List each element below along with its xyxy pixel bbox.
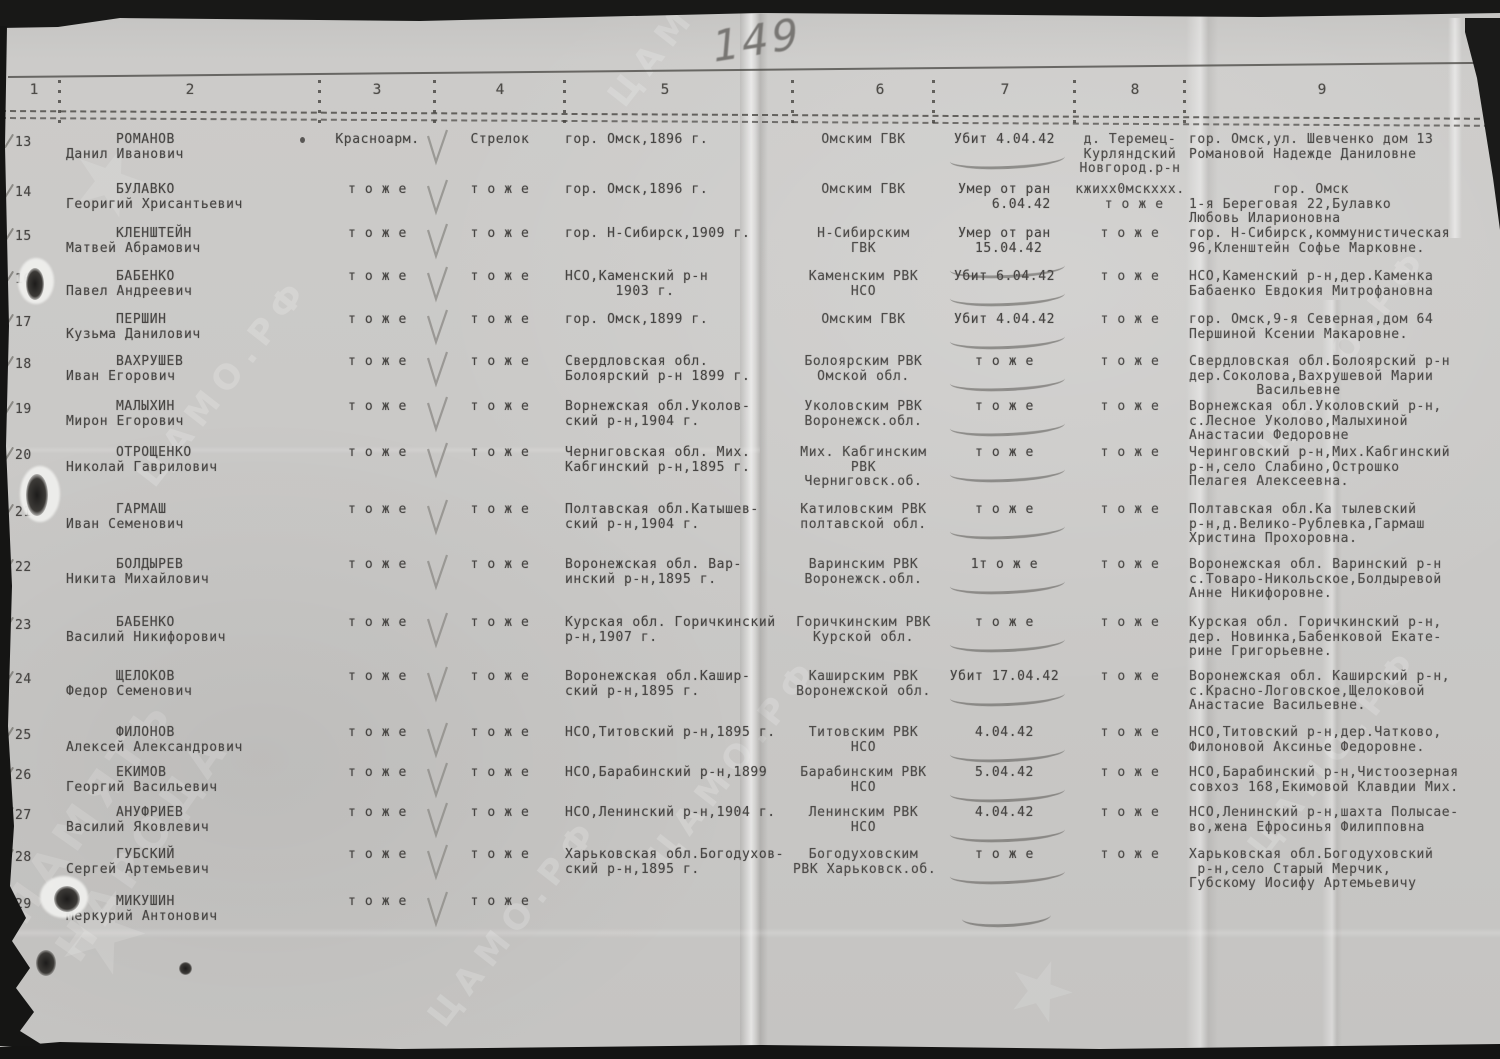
given-name: Алексей Александрович xyxy=(60,741,320,756)
row-number: 24 xyxy=(15,672,32,687)
pencil-underline xyxy=(950,421,1065,438)
cell-rank: т о ж е xyxy=(320,726,435,755)
cell-recruiting-office: Каширским РВК Воронежской обл. xyxy=(793,670,934,714)
pencil-slash xyxy=(4,671,14,686)
cell-recruiting-office: Омским ГВК xyxy=(793,133,934,177)
cell-name: КЛЕНШТЕЙНМатвей Абрамович xyxy=(60,227,320,256)
pencil-slash xyxy=(4,271,14,286)
table-row: 20 ОТРОЩЕНКОНиколай Гаврилович т о ж е т… xyxy=(0,446,1500,490)
cell-birthplace: Харьковская обл.Богодухов- ский р-н,1895… xyxy=(565,848,793,892)
cell-position: т о ж е xyxy=(435,895,565,924)
cell-burial-place: т о ж е xyxy=(1075,806,1185,835)
checkmark-icon xyxy=(424,308,450,346)
fate-text: Убит 17.04.42 xyxy=(950,669,1060,684)
cell-recruiting-office: Катиловским РВК полтавской обл. xyxy=(793,503,934,547)
cell-relatives-address: гор. Омск,ул. Шевченко дом 13 Романовой … xyxy=(1185,133,1500,177)
fate-text: 5.04.42 xyxy=(975,765,1034,780)
cell-relatives-address: гор. Н-Сибирск,коммунистическая 96,Кленш… xyxy=(1185,227,1500,256)
cell-birthplace: Черниговская обл. Мих. Кабгинский р-н,18… xyxy=(565,446,793,490)
cell-relatives-address: Харьковская обл.Богодуховский р-н,село С… xyxy=(1185,848,1500,892)
cell-relatives-address xyxy=(1185,895,1500,924)
surname: ПЕРШИН xyxy=(60,313,320,328)
cell-recruiting-office: Богодуховским РВК Харьковск.об. xyxy=(793,848,934,892)
cell-burial-place: т о ж е xyxy=(1075,355,1185,399)
cell-recruiting-office: Горичкинским РВК Курской обл. xyxy=(793,616,934,660)
given-name: Меркурий Антонович xyxy=(60,910,320,925)
cell-position: т о ж е xyxy=(435,446,565,490)
rank-text: т о ж е xyxy=(348,226,407,241)
cell-position: т о ж е xyxy=(435,503,565,547)
given-name: Федор Семенович xyxy=(60,685,320,700)
table-row: 27 АНУФРИЕВВасилий Яковлевич т о ж е т о… xyxy=(0,806,1500,835)
cell-fate-date xyxy=(934,895,1075,924)
cell-burial-place: т о ж е xyxy=(1075,270,1185,299)
cell-rank: т о ж е xyxy=(320,503,435,547)
pencil-slash xyxy=(4,504,14,519)
table-row: 28 ГУБСКИЙСергей Артемьевич т о ж е т о … xyxy=(0,848,1500,892)
cell-fate-date: Убит 6.04.42 xyxy=(934,270,1075,299)
pencil-slash xyxy=(4,134,14,149)
cell-burial-place: т о ж е xyxy=(1075,766,1185,795)
cell-burial-place: т о ж е xyxy=(1075,313,1185,342)
pencil-slash xyxy=(4,447,14,462)
fate-text: Убит 4.04.42 xyxy=(954,132,1055,147)
cell-fate-date: Убит 17.04.42 xyxy=(934,670,1075,714)
checkmark-icon xyxy=(424,801,450,839)
document-page: ЦАМО.РФ ЦАМО.РФ ЦАМО.РФ ЦАМО.РФ ЦАМО.РФ … xyxy=(0,0,1500,1059)
surname: ФИЛОНОВ xyxy=(60,726,320,741)
rank-text: т о ж е xyxy=(348,557,407,572)
cell-birthplace: НСО,Каменский р-н 1903 г. xyxy=(565,270,793,299)
cell-name: БАБЕНКОПавел Андреевич xyxy=(60,270,320,299)
cell-name: ПЕРШИНКузьма Данилович xyxy=(60,313,320,342)
cell-rank: т о ж е xyxy=(320,400,435,444)
rank-text: т о ж е xyxy=(348,615,407,630)
cell-name: БАБЕНКОВасилий Никифорович xyxy=(60,616,320,660)
table-row: 26 ЕКИМОВГеоргий Васильевич т о ж е т о … xyxy=(0,766,1500,795)
cell-burial-place: д. Теремец- Курляндский Новгород.р-н xyxy=(1075,133,1185,177)
cell-rank: т о ж е xyxy=(320,558,435,602)
row-number: 25 xyxy=(15,728,32,743)
row-number: 23 xyxy=(15,618,32,633)
cell-name: РОМАНОВДанил Иванович xyxy=(60,133,320,177)
cell-relatives-address: Воронежская обл. Варинский р-н с.Товаро-… xyxy=(1185,558,1500,602)
pencil-underline xyxy=(950,467,1065,484)
pencil-slash xyxy=(4,849,14,864)
scanned-document: ЦАМО.РФ ЦАМО.РФ ЦАМО.РФ ЦАМО.РФ ЦАМО.РФ … xyxy=(0,0,1500,1059)
given-name: Данил Иванович xyxy=(60,148,320,163)
cell-row-number: 24 xyxy=(0,670,60,714)
row-number: 14 xyxy=(15,185,32,200)
cell-relatives-address: Ворнежская обл.Уколовский р-н, с.Лесное … xyxy=(1185,400,1500,444)
row-number: 27 xyxy=(15,808,32,823)
given-name: Кузьма Данилович xyxy=(60,328,320,343)
surname: ГУБСКИЙ xyxy=(60,848,320,863)
fate-text: 1т о ж е xyxy=(971,557,1038,572)
cell-position: т о ж е xyxy=(435,558,565,602)
rank-text: т о ж е xyxy=(348,312,407,327)
checkmark-icon xyxy=(424,222,450,260)
cell-position: Стрелок xyxy=(435,133,565,177)
table-row: 24 ЩЕЛОКОВФедор Семенович т о ж е т о ж … xyxy=(0,670,1500,714)
rank-text: т о ж е xyxy=(348,354,407,369)
given-name: Иван Егорович xyxy=(60,370,320,385)
fate-text: т о ж е xyxy=(975,354,1034,369)
cell-name: МАЛЫХИНМирон Егорович xyxy=(60,400,320,444)
fate-text: Умер от ран 15.04.42 xyxy=(958,226,1051,256)
cell-burial-place: т о ж е xyxy=(1075,227,1185,256)
row-number: 28 xyxy=(15,850,32,865)
cell-rank: т о ж е xyxy=(320,446,435,490)
fate-text: т о ж е xyxy=(975,847,1034,862)
cell-relatives-address: Свердловская обл.Болоярский р-н дер.Соко… xyxy=(1185,355,1500,399)
cell-fate-date: т о ж е xyxy=(934,446,1075,490)
given-name: Сергей Артемьевич xyxy=(60,863,320,878)
cell-position: т о ж е xyxy=(435,616,565,660)
cell-row-number: 22 xyxy=(0,558,60,602)
ink-spot xyxy=(300,137,305,143)
cell-rank: т о ж е xyxy=(320,670,435,714)
pencil-slash xyxy=(4,314,14,329)
cell-fate-date: 1т о ж е xyxy=(934,558,1075,602)
pencil-slash xyxy=(4,228,14,243)
cell-fate-date: 4.04.42 xyxy=(934,726,1075,755)
surname: МАЛЫХИН xyxy=(60,400,320,415)
cell-row-number: 26 xyxy=(0,766,60,795)
cell-fate-date: 5.04.42 xyxy=(934,766,1075,795)
cell-name: БУЛАВКОГеоригий Хрисантьевич xyxy=(60,183,320,227)
cell-birthplace xyxy=(565,895,793,924)
checkmark-icon xyxy=(424,128,450,166)
cell-fate-date: Убит 4.04.42 xyxy=(934,133,1075,177)
rank-text: т о ж е xyxy=(348,805,407,820)
cell-rank: Красноарм. xyxy=(320,133,435,177)
row-number: 15 xyxy=(15,229,32,244)
cell-relatives-address: Воронежская обл. Каширский р-н, с.Красно… xyxy=(1185,670,1500,714)
surname: КЛЕНШТЕЙН xyxy=(60,227,320,242)
cell-position: т о ж е xyxy=(435,806,565,835)
pencil-slash xyxy=(4,896,14,911)
cell-recruiting-office: Титовским РВК НСО xyxy=(793,726,934,755)
paper-hole xyxy=(26,268,44,300)
cell-row-number: 19 xyxy=(0,400,60,444)
fate-text: Умер от ран 6.04.42 xyxy=(958,182,1051,212)
cell-relatives-address: Курская обл. Горичкинский р-н, дер. Нови… xyxy=(1185,616,1500,660)
surname: ОТРОЩЕНКО xyxy=(60,446,320,461)
surname: БОЛДЫРЕВ xyxy=(60,558,320,573)
cell-birthplace: НСО,Титовский р-н,1895 г. xyxy=(565,726,793,755)
cell-name: ОТРОЩЕНКОНиколай Гаврилович xyxy=(60,446,320,490)
cell-row-number: 14 xyxy=(0,183,60,227)
paper-hole xyxy=(26,474,48,516)
cell-recruiting-office: Варинским РВК Воронежск.обл. xyxy=(793,558,934,602)
cell-name: БОЛДЫРЕВНикита Михайлович xyxy=(60,558,320,602)
cell-burial-place: т о ж е xyxy=(1075,726,1185,755)
cell-row-number: 13 xyxy=(0,133,60,177)
checkmark-icon xyxy=(424,265,450,303)
rank-text: т о ж е xyxy=(348,725,407,740)
rank-text: т о ж е xyxy=(348,894,407,909)
cell-position: т о ж е xyxy=(435,355,565,399)
checkmark-icon xyxy=(424,665,450,703)
surname: РОМАНОВ xyxy=(60,133,320,148)
cell-rank: т о ж е xyxy=(320,355,435,399)
table-body: 13 РОМАНОВДанил Иванович Красноарм. Стре… xyxy=(0,0,1500,1059)
table-row: 29 МИКУШИНМеркурий Антонович т о ж е т о… xyxy=(0,895,1500,924)
checkmark-icon xyxy=(424,890,450,928)
cell-burial-place: т о ж е xyxy=(1075,848,1185,892)
surname: ЩЕЛОКОВ xyxy=(60,670,320,685)
pencil-slash xyxy=(4,767,14,782)
pencil-slash xyxy=(4,184,14,199)
cell-position: т о ж е xyxy=(435,183,565,227)
given-name: Василий Яковлевич xyxy=(60,821,320,836)
cell-rank: т о ж е xyxy=(320,616,435,660)
pencil-slash xyxy=(4,617,14,632)
cell-position: т о ж е xyxy=(435,227,565,256)
given-name: Василий Никифорович xyxy=(60,631,320,646)
fate-text: 4.04.42 xyxy=(975,805,1034,820)
cell-row-number: 18 xyxy=(0,355,60,399)
cell-name: АНУФРИЕВВасилий Яковлевич xyxy=(60,806,320,835)
cell-recruiting-office: Ленинским РВК НСО xyxy=(793,806,934,835)
cell-position: т о ж е xyxy=(435,766,565,795)
cell-fate-date: т о ж е xyxy=(934,616,1075,660)
cell-row-number: 23 xyxy=(0,616,60,660)
cell-recruiting-office: Мих. Кабгинским РВК Черниговск.об. xyxy=(793,446,934,490)
cell-burial-place: т о ж е xyxy=(1075,616,1185,660)
cell-row-number: 25 xyxy=(0,726,60,755)
surname: АНУФРИЕВ xyxy=(60,806,320,821)
table-row: 21 ГАРМАШИван Семенович т о ж е т о ж е … xyxy=(0,503,1500,547)
pencil-underline xyxy=(950,637,1065,654)
checkmark-icon xyxy=(424,441,450,479)
checkmark-icon xyxy=(424,553,450,591)
cell-relatives-address: НСО,Титовский р-н,дер.Чатково, Филоновой… xyxy=(1185,726,1500,755)
rank-text: т о ж е xyxy=(348,765,407,780)
cell-birthplace: гор. Н-Сибирск,1909 г. xyxy=(565,227,793,256)
pencil-underline xyxy=(950,334,1065,351)
cell-birthplace: Воронежская обл.Кашир- ский р-н,1895 г. xyxy=(565,670,793,714)
cell-recruiting-office: Н-Сибирским ГВК xyxy=(793,227,934,256)
cell-burial-place: т о ж е xyxy=(1075,670,1185,714)
pencil-slash xyxy=(4,727,14,742)
pencil-underline xyxy=(962,913,1051,929)
row-number: 18 xyxy=(15,357,32,372)
row-number: 22 xyxy=(15,560,32,575)
cell-recruiting-office: Барабинским РВК НСО xyxy=(793,766,934,795)
cell-name: ГАРМАШИван Семенович xyxy=(60,503,320,547)
table-row: 25 ФИЛОНОВАлексей Александрович т о ж е … xyxy=(0,726,1500,755)
row-number: 20 xyxy=(15,448,32,463)
cell-rank: т о ж е xyxy=(320,806,435,835)
surname: БАБЕНКО xyxy=(60,616,320,631)
given-name: Мирон Егорович xyxy=(60,415,320,430)
cell-relatives-address: Полтавская обл.Ка тылевский р-н,д.Велико… xyxy=(1185,503,1500,547)
cell-fate-date: 4.04.42 xyxy=(934,806,1075,835)
surname: МИКУШИН xyxy=(60,895,320,910)
cell-name: ГУБСКИЙСергей Артемьевич xyxy=(60,848,320,892)
row-number: 29 xyxy=(15,897,32,912)
checkmark-icon xyxy=(424,395,450,433)
cell-recruiting-office: Омским ГВК xyxy=(793,183,934,227)
pencil-slash xyxy=(4,356,14,371)
cell-recruiting-office: Омским ГВК xyxy=(793,313,934,342)
table-row: 14 БУЛАВКОГеоригий Хрисантьевич т о ж е … xyxy=(0,183,1500,227)
cell-row-number: 15 xyxy=(0,227,60,256)
cell-rank: т о ж е xyxy=(320,848,435,892)
cell-birthplace: Полтавская обл.Катышев- ский р-н,1904 г. xyxy=(565,503,793,547)
cell-rank: т о ж е xyxy=(320,227,435,256)
checkmark-icon xyxy=(424,721,450,759)
given-name: Никита Михайлович xyxy=(60,573,320,588)
cell-rank: т о ж е xyxy=(320,183,435,227)
cell-name: ВАХРУШЕВИван Егорович xyxy=(60,355,320,399)
cell-birthplace: НСО,Ленинский р-н,1904 г. xyxy=(565,806,793,835)
pencil-underline xyxy=(950,154,1065,171)
fate-text: 4.04.42 xyxy=(975,725,1034,740)
rank-text: т о ж е xyxy=(348,182,407,197)
paper-hole xyxy=(36,950,56,976)
pencil-underline xyxy=(950,524,1065,541)
cell-burial-place: т о ж е xyxy=(1075,503,1185,547)
checkmark-icon xyxy=(424,761,450,799)
rank-text: т о ж е xyxy=(348,269,407,284)
given-name: Иван Семенович xyxy=(60,518,320,533)
given-name: Павел Андреевич xyxy=(60,285,320,300)
cell-fate-date: Убит 4.04.42 xyxy=(934,313,1075,342)
cell-position: т о ж е xyxy=(435,400,565,444)
table-row: 16 БАБЕНКОПавел Андреевич т о ж е т о ж … xyxy=(0,270,1500,299)
cell-relatives-address: НСО,Барабинский р-н,Чистоозерная совхоз … xyxy=(1185,766,1500,795)
table-row: 15 КЛЕНШТЕЙНМатвей Абрамович т о ж е т о… xyxy=(0,227,1500,256)
cell-relatives-address: Черинговский р-н,Мих.Кабгинский р-н,село… xyxy=(1185,446,1500,490)
pencil-underline xyxy=(950,376,1065,393)
cell-recruiting-office xyxy=(793,895,934,924)
cell-relatives-address: НСО,Ленинский р-н,шахта Полысае- во,жена… xyxy=(1185,806,1500,835)
surname: ЕКИМОВ xyxy=(60,766,320,781)
cell-position: т о ж е xyxy=(435,848,565,892)
cell-birthplace: гор. Омск,1896 г. xyxy=(565,133,793,177)
surname: БАБЕНКО xyxy=(60,270,320,285)
checkmark-icon xyxy=(424,350,450,388)
cell-birthplace: Воронежская обл. Вар- инский р-н,1895 г. xyxy=(565,558,793,602)
cell-name: МИКУШИНМеркурий Антонович xyxy=(60,895,320,924)
table-row: 23 БАБЕНКОВасилий Никифорович т о ж е т … xyxy=(0,616,1500,660)
cell-birthplace: гор. Омск,1899 г. xyxy=(565,313,793,342)
cell-row-number: 27 xyxy=(0,806,60,835)
row-number: 13 xyxy=(15,135,32,150)
cell-burial-place: т о ж е xyxy=(1075,400,1185,444)
cell-relatives-address: гор. Омск,9-я Северная,дом 64 Першиной К… xyxy=(1185,313,1500,342)
pencil-underline xyxy=(950,691,1065,708)
pencil-slash xyxy=(4,401,14,416)
cell-rank: т о ж е xyxy=(320,313,435,342)
cell-fate-date: т о ж е xyxy=(934,400,1075,444)
fate-text: Убит 6.04.42 xyxy=(954,269,1055,284)
cell-birthplace: НСО,Барабинский р-н,1899 xyxy=(565,766,793,795)
checkmark-icon xyxy=(424,843,450,881)
fate-text: т о ж е xyxy=(975,399,1034,414)
cell-position: т о ж е xyxy=(435,670,565,714)
pencil-slash xyxy=(4,807,14,822)
checkmark-icon xyxy=(424,611,450,649)
cell-relatives-address: гор. Омск 1-я Береговая 22,Булавко Любов… xyxy=(1185,183,1500,227)
pencil-underline xyxy=(950,579,1065,596)
fate-text: т о ж е xyxy=(975,445,1034,460)
cell-row-number: 17 xyxy=(0,313,60,342)
fate-text: т о ж е xyxy=(975,502,1034,517)
cell-name: ЩЕЛОКОВФедор Семенович xyxy=(60,670,320,714)
pencil-slash xyxy=(4,559,14,574)
rank-text: т о ж е xyxy=(348,502,407,517)
cell-fate-date: т о ж е xyxy=(934,355,1075,399)
cell-recruiting-office: Уколовским РВК Воронежск.обл. xyxy=(793,400,934,444)
cell-position: т о ж е xyxy=(435,270,565,299)
checkmark-icon xyxy=(424,498,450,536)
cell-birthplace: гор. Омск,1896 г. xyxy=(565,183,793,227)
cell-burial-place: т о ж е xyxy=(1075,446,1185,490)
table-row: 13 РОМАНОВДанил Иванович Красноарм. Стре… xyxy=(0,133,1500,177)
cell-burial-place: т о ж е xyxy=(1075,558,1185,602)
pencil-underline xyxy=(950,787,1065,804)
rank-text: т о ж е xyxy=(348,445,407,460)
given-name: Георгий Васильевич xyxy=(60,781,320,796)
cell-name: ФИЛОНОВАлексей Александрович xyxy=(60,726,320,755)
cell-fate-date: Умер от ран 6.04.42 xyxy=(934,183,1075,227)
cell-birthplace: Свердловская обл. Болоярский р-н 1899 г. xyxy=(565,355,793,399)
cell-name: ЕКИМОВГеоргий Васильевич xyxy=(60,766,320,795)
cell-birthplace: Ворнежская обл.Уколов- ский р-н,1904 г. xyxy=(565,400,793,444)
row-number: 26 xyxy=(15,768,32,783)
pencil-underline xyxy=(950,747,1065,764)
cell-birthplace: Курская обл. Горичкинский р-н,1907 г. xyxy=(565,616,793,660)
cell-rank: т о ж е xyxy=(320,766,435,795)
fate-text: Убит 4.04.42 xyxy=(954,312,1055,327)
rank-text: т о ж е xyxy=(348,669,407,684)
table-row: 18 ВАХРУШЕВИван Егорович т о ж е т о ж е… xyxy=(0,355,1500,399)
table-row: 17 ПЕРШИНКузьма Данилович т о ж е т о ж … xyxy=(0,313,1500,342)
row-number: 17 xyxy=(15,315,32,330)
cell-fate-date: т о ж е xyxy=(934,848,1075,892)
paper-hole xyxy=(179,962,192,975)
cell-rank: т о ж е xyxy=(320,895,435,924)
cell-burial-place: кжихх0мскххх. т о ж е xyxy=(1075,183,1185,227)
pencil-underline xyxy=(950,291,1065,308)
cell-fate-date: Умер от ран 15.04.42 xyxy=(934,227,1075,256)
given-name: Матвей Абрамович xyxy=(60,242,320,257)
cell-rank: т о ж е xyxy=(320,270,435,299)
surname: ВАХРУШЕВ xyxy=(60,355,320,370)
surname: ГАРМАШ xyxy=(60,503,320,518)
fate-text: т о ж е xyxy=(975,615,1034,630)
given-name: Георигий Хрисантьевич xyxy=(60,198,320,213)
cell-position: т о ж е xyxy=(435,726,565,755)
cell-fate-date: т о ж е xyxy=(934,503,1075,547)
pencil-underline xyxy=(950,869,1065,886)
rank-text: Красноарм. xyxy=(335,132,419,147)
row-number: 19 xyxy=(15,402,32,417)
cell-recruiting-office: Болоярским РВК Омской обл. xyxy=(793,355,934,399)
surname: БУЛАВКО xyxy=(60,183,320,198)
table-row: 22 БОЛДЫРЕВНикита Михайлович т о ж е т о… xyxy=(0,558,1500,602)
given-name: Николай Гаврилович xyxy=(60,461,320,476)
rank-text: т о ж е xyxy=(348,847,407,862)
pencil-underline xyxy=(950,827,1065,844)
cell-burial-place xyxy=(1075,895,1185,924)
cell-relatives-address: НСО,Каменский р-н,дер.Каменка Бабаенко Е… xyxy=(1185,270,1500,299)
rank-text: т о ж е xyxy=(348,399,407,414)
